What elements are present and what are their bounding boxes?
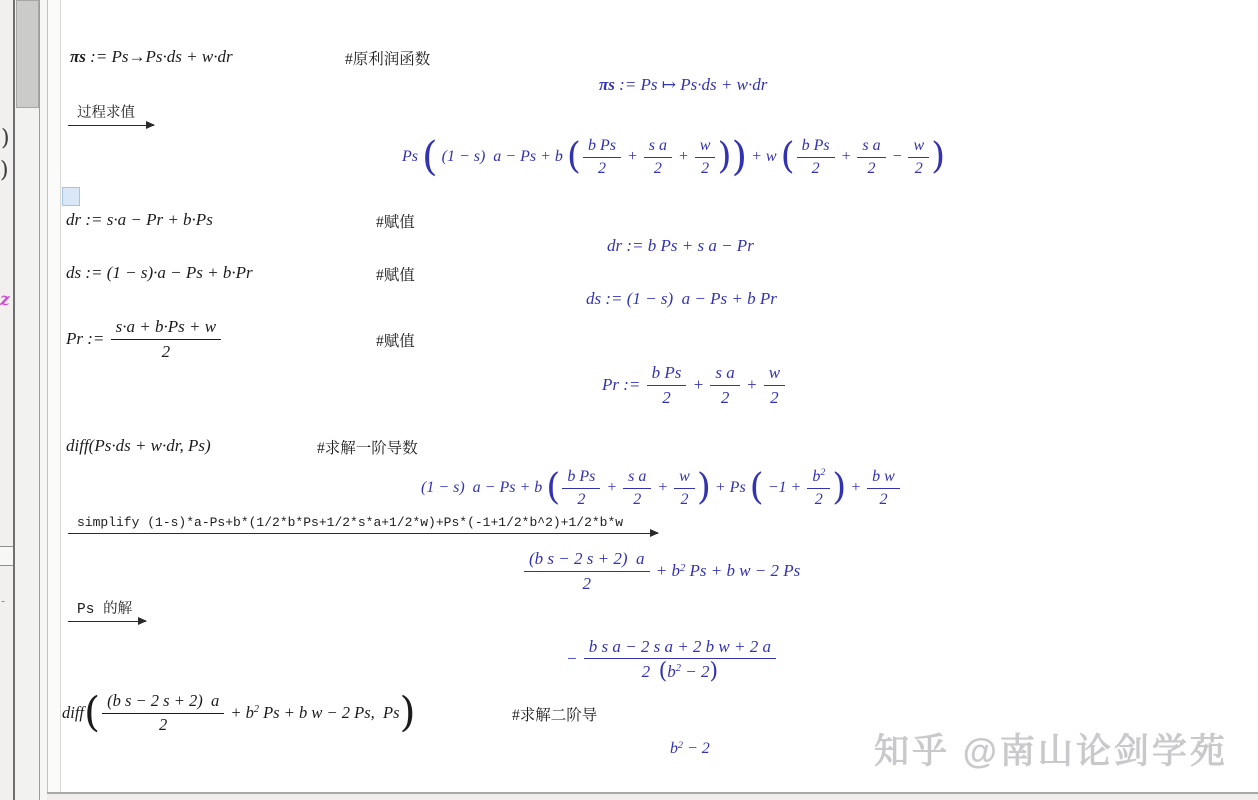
math-output-simplified[interactable]: (b s − 2 s + 2) a2 + b2 Ps + b w − 2 Ps	[522, 546, 800, 596]
window-edge-strip	[48, 0, 61, 800]
math-output-diff-first[interactable]: (1 − s) a − Ps + b (b Ps2 + s a2 + w2) +…	[421, 461, 902, 515]
comment-assign-dr: #赋值	[376, 210, 415, 232]
math-output-evaluated-profit[interactable]: Ps ( (1 − s) a − Ps + b (b Ps2 + s a2 + …	[402, 130, 945, 184]
document-bottom-margin	[47, 794, 1258, 800]
background-text-fragment: -	[1, 594, 5, 608]
background-text-fragment: )	[1, 126, 10, 151]
math-output-dr[interactable]: dr := b Ps + s a − Pr	[607, 235, 754, 256]
operator-arrow-line	[68, 621, 146, 622]
window-edge-strip	[40, 0, 48, 800]
math-input-dr[interactable]: dr := s·a − Pr + b·Ps	[66, 209, 213, 230]
math-output-ps-solution[interactable]: − b s a − 2 s a + 2 b w + 2 a2 (b2 − 2)	[566, 629, 778, 689]
operator-simplify-arrow[interactable]: simplify (1-s)*a-Ps+b*(1/2*b*Ps+1/2*s*a+…	[68, 515, 658, 534]
left-scrollbar-thumb[interactable]	[16, 0, 39, 108]
comment-original-profit-function: #原利润函数	[345, 47, 430, 69]
math-input-profit-function[interactable]: πs := Ps→Ps·ds + w·dr	[70, 46, 233, 67]
math-output-diff-second[interactable]: b2 − 2	[670, 739, 710, 759]
operator-simplify-label: simplify (1-s)*a-Ps+b*(1/2*b*Ps+1/2*s*a+…	[68, 515, 658, 533]
zhihu-watermark: 知乎 @南山论剑学苑	[874, 724, 1228, 774]
math-output-pr[interactable]: Pr := b Ps2 + s a2 + w2	[602, 362, 787, 408]
operator-eval-arrow[interactable]: 过程求值	[68, 101, 154, 126]
operator-arrow-line	[68, 125, 154, 126]
background-window-pane: ) ) z -	[0, 0, 13, 800]
math-input-diff-first[interactable]: diff(Ps·ds + w·dr, Ps)	[66, 435, 211, 456]
math-input-ds[interactable]: ds := (1 − s)·a − Ps + b·Pr	[66, 262, 253, 283]
math-output-profit-function[interactable]: πs := Ps ↦ Ps·ds + w·dr	[599, 74, 767, 95]
operator-solve-arrow[interactable]: Ps 的解	[68, 597, 146, 622]
comment-first-derivative: #求解一阶导数	[317, 436, 418, 458]
math-output-ds[interactable]: ds := (1 − s) a − Ps + b Pr	[586, 288, 777, 309]
comment-assign-ds: #赋值	[376, 263, 415, 285]
comment-second-derivative: #求解二阶导	[512, 703, 597, 725]
operator-solve-label: Ps 的解	[68, 597, 146, 621]
worksheet-cursor-box	[62, 187, 80, 206]
background-text-fragment-magenta: z	[0, 290, 10, 310]
background-text-fragment: )	[0, 158, 9, 183]
math-input-pr[interactable]: Pr := s·a + b·Ps + w2	[66, 316, 223, 362]
comment-assign-pr: #赋值	[376, 329, 415, 351]
operator-eval-label: 过程求值	[68, 101, 154, 125]
operator-arrow-line	[68, 533, 658, 534]
left-scrollbar-track[interactable]	[15, 0, 40, 800]
math-input-diff-second[interactable]: diff((b s − 2 s + 2) a2 + b2 Ps + b w − …	[62, 687, 416, 739]
